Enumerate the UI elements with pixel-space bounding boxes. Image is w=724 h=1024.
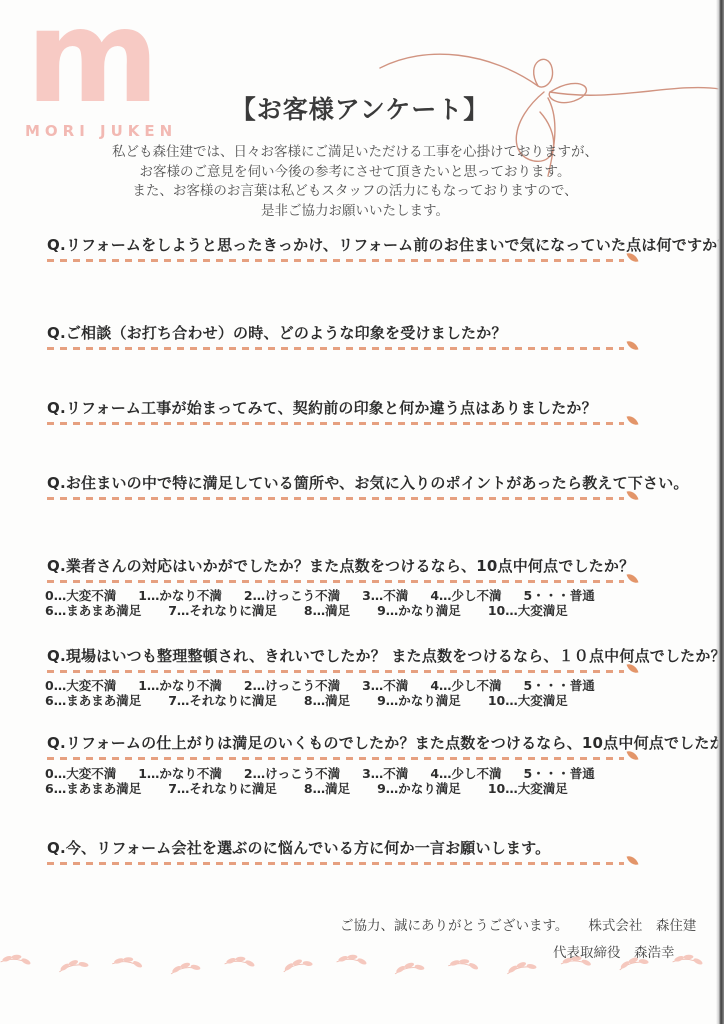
question-text: Q.リフォームをしようと思ったきっかけ、リフォーム前のお住まいで気になっていた点… [47, 235, 687, 255]
question-block: Q.ご相談（お打ち合わせ）の時、どのような印象を受けましたか？ [47, 323, 687, 350]
dashed-underline [47, 862, 624, 865]
scale-item: 3…不満 [362, 589, 408, 604]
scale-item: 3…不満 [362, 679, 408, 694]
question-block: Q.業者さんの対応はいかがでしたか？また点数をつけるなら、10点中何点でしたか？ [47, 556, 687, 583]
scale-item: 1…かなり不満 [138, 589, 222, 604]
question-block: Q.リフォームをしようと思ったきっかけ、リフォーム前のお住まいで気になっていた点… [47, 235, 687, 262]
intro-paragraph: 私ども森住建では、日々お客様にご満足いただける工事を心掛けておりますが、 お客様… [0, 143, 710, 221]
dashed-underline [47, 580, 624, 583]
question-text: Q.業者さんの対応はいかがでしたか？また点数をつけるなら、10点中何点でしたか？ [47, 556, 687, 576]
company-name: 株式会社 森住建 [588, 914, 696, 934]
scale-item: 1…かなり不満 [138, 679, 222, 694]
question-text: Q.お住まいの中で特に満足している箇所や、お気に入りのポイントがあったら教えて下… [47, 473, 687, 493]
scale-item: 7…それなりに満足 [168, 604, 277, 619]
leaf-vine-decoration [0, 942, 724, 992]
dashed-underline [47, 757, 624, 760]
question-text: Q.ご相談（お打ち合わせ）の時、どのような印象を受けましたか？ [47, 323, 687, 343]
dashed-underline [47, 259, 624, 262]
scale-item: 2…けっこう不満 [244, 767, 340, 782]
scale-row-low: 0…大変不満1…かなり不満2…けっこう不満3…不満4…少し不満5・・・普通 [45, 679, 695, 694]
scale-item: 5・・・普通 [524, 589, 595, 604]
page-title: 【お客様アンケート】 [0, 90, 720, 126]
scale-item: 8…満足 [304, 782, 350, 797]
scan-edge-shadow [716, 0, 724, 1024]
rating-scale: 0…大変不満1…かなり不満2…けっこう不満3…不満4…少し不満5・・・普通 6…… [45, 679, 695, 708]
question-block: Q.リフォームの仕上がりは満足のいくものでしたか？また点数をつけるなら、10点中… [47, 733, 687, 760]
footer-thanks: ご協力、誠にありがとうございます。 [340, 914, 568, 934]
dashed-underline [47, 422, 624, 425]
question-block: Q.お住まいの中で特に満足している箇所や、お気に入りのポイントがあったら教えて下… [47, 473, 687, 500]
scale-item: 9…かなり満足 [377, 782, 461, 797]
rating-scale: 0…大変不満1…かなり不満2…けっこう不満3…不満4…少し不満5・・・普通 6…… [45, 589, 695, 618]
dashed-underline [47, 347, 624, 350]
scale-item: 9…かなり満足 [377, 604, 461, 619]
scale-item: 1…かなり不満 [138, 767, 222, 782]
scale-item: 8…満足 [304, 694, 350, 709]
scale-item: 10…大変満足 [488, 604, 568, 619]
question-text: Q.リフォームの仕上がりは満足のいくものでしたか？また点数をつけるなら、10点中… [47, 733, 687, 753]
scale-row-low: 0…大変不満1…かなり不満2…けっこう不満3…不満4…少し不満5・・・普通 [45, 767, 695, 782]
survey-page: m MORI JUKEN 【お客様アンケート】 私ども森住建では、日々お客様にご… [0, 0, 724, 1024]
scale-item: 0…大変不満 [45, 679, 116, 694]
scale-row-high: 6…まあまあ満足7…それなりに満足8…満足9…かなり満足10…大変満足 [45, 694, 695, 709]
scale-item: 2…けっこう不満 [244, 589, 340, 604]
scale-row-low: 0…大変不満1…かなり不満2…けっこう不満3…不満4…少し不満5・・・普通 [45, 589, 695, 604]
scale-item: 7…それなりに満足 [168, 782, 277, 797]
intro-line: お客様のご意見を伺い今後の参考にさせて頂きたいと思っております。 [0, 163, 710, 183]
scale-item: 6…まあまあ満足 [45, 604, 141, 619]
scale-item: 7…それなりに満足 [168, 694, 277, 709]
rating-scale: 0…大変不満1…かなり不満2…けっこう不満3…不満4…少し不満5・・・普通 6…… [45, 767, 695, 796]
scale-item: 6…まあまあ満足 [45, 694, 141, 709]
scale-item: 4…少し不満 [430, 589, 501, 604]
scale-item: 2…けっこう不満 [244, 679, 340, 694]
scale-item: 5・・・普通 [524, 767, 595, 782]
question-block: Q.今、リフォーム会社を選ぶのに悩んでいる方に何か一言お願いします。 [47, 838, 687, 865]
intro-line: 是非ご協力お願いいたします。 [0, 202, 710, 222]
question-block: Q.リフォーム工事が始まってみて、契約前の印象と何か違う点はありましたか？ [47, 398, 687, 425]
question-text: Q.現場はいつも整理整頓され、きれいでしたか？ また点数をつけるなら、１０点中何… [47, 646, 687, 666]
scale-item: 4…少し不満 [430, 767, 501, 782]
scale-item: 5・・・普通 [524, 679, 595, 694]
intro-line: 私ども森住建では、日々お客様にご満足いただける工事を心掛けておりますが、 [0, 143, 710, 163]
dashed-underline [47, 670, 624, 673]
scale-row-high: 6…まあまあ満足7…それなりに満足8…満足9…かなり満足10…大変満足 [45, 782, 695, 797]
question-text: Q.今、リフォーム会社を選ぶのに悩んでいる方に何か一言お願いします。 [47, 838, 687, 858]
scale-item: 4…少し不満 [430, 679, 501, 694]
scale-row-high: 6…まあまあ満足7…それなりに満足8…満足9…かなり満足10…大変満足 [45, 604, 695, 619]
scale-item: 9…かなり満足 [377, 694, 461, 709]
dashed-underline [47, 497, 624, 500]
scale-item: 0…大変不満 [45, 589, 116, 604]
scale-item: 6…まあまあ満足 [45, 782, 141, 797]
scale-item: 3…不満 [362, 767, 408, 782]
scale-item: 10…大変満足 [488, 782, 568, 797]
scale-item: 8…満足 [304, 604, 350, 619]
question-block: Q.現場はいつも整理整頓され、きれいでしたか？ また点数をつけるなら、１０点中何… [47, 646, 687, 673]
scale-item: 0…大変不満 [45, 767, 116, 782]
intro-line: また、お客様のお言葉は私どもスタッフの活力にもなっておりますので、 [0, 182, 710, 202]
scale-item: 10…大変満足 [488, 694, 568, 709]
question-text: Q.リフォーム工事が始まってみて、契約前の印象と何か違う点はありましたか？ [47, 398, 687, 418]
